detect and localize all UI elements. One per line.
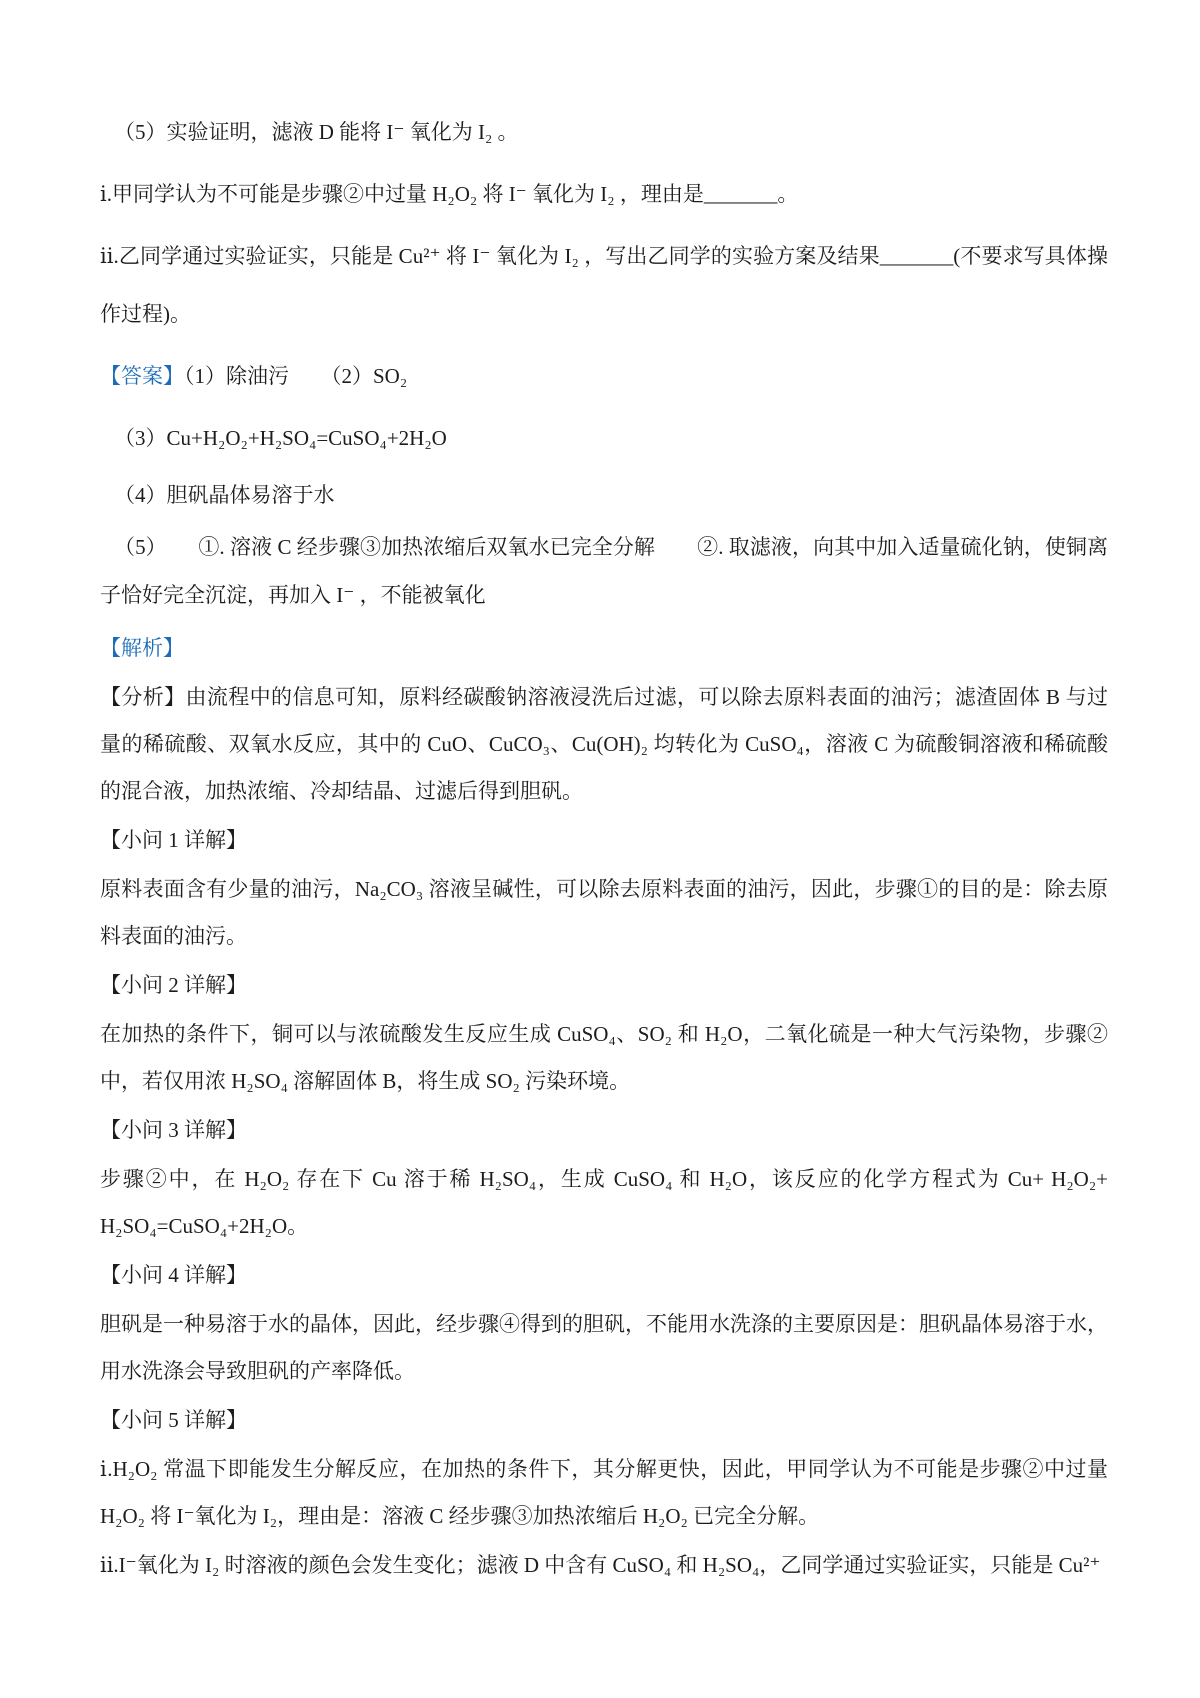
analysis-label-text: 【解析】 (100, 636, 184, 660)
subquestion-3-heading: 【小问 3 详解】 (100, 1107, 1108, 1154)
answer-line-1-2: 【答案】（1）除油污 （2）SO₂ (100, 347, 1108, 405)
subquestion-2-detail: 在加热的条件下，铜可以与浓硫酸发生反应生成 CuSO₄、SO₂ 和 H₂O，二氧… (100, 1011, 1108, 1105)
answer-1-2-text: （1）除油污 （2）SO₂ (184, 364, 407, 388)
analysis-label: 【解析】 (100, 625, 1108, 672)
subquestion-4-heading: 【小问 4 详解】 (100, 1252, 1108, 1299)
subquestion-5-detail-ii: ⅱ.I⁻氧化为 I₂ 时溶液的颜色会发生变化；滤液 D 中含有 CuSO₄ 和 … (100, 1542, 1108, 1589)
question-item-ii: ⅱ.乙同学通过实验证实，只能是 Cu²⁺ 将 I⁻ 氧化为 I₂ ，写出乙同学的… (100, 227, 1108, 343)
answer-line-3: （3）Cu+H₂O₂+H₂SO₄=CuSO₄+2H₂O (100, 409, 1108, 467)
subquestion-4-detail: 胆矾是一种易溶于水的晶体，因此，经步骤④得到的胆矾，不能用水洗涤的主要原因是：胆… (100, 1301, 1108, 1395)
subquestion-1-detail: 原料表面含有少量的油污，Na₂CO₃ 溶液呈碱性，可以除去原料表面的油污，因此，… (100, 866, 1108, 960)
subquestion-1-heading: 【小问 1 详解】 (100, 817, 1108, 864)
question-part5-statement: （5）实验证明，滤液 D 能将 I⁻ 氧化为 I₂ 。 (100, 103, 1108, 161)
question-item-i: ⅰ.甲同学认为不可能是步骤②中过量 H₂O₂ 将 I⁻ 氧化为 I₂ ，理由是_… (100, 165, 1108, 223)
subquestion-5-heading: 【小问 5 详解】 (100, 1397, 1108, 1444)
subquestion-2-heading: 【小问 2 详解】 (100, 962, 1108, 1009)
answer-label: 【答案】 (100, 364, 184, 388)
answer-line-4: （4）胆矾晶体易溶于水 (100, 471, 1108, 519)
answer-line-5: （5） ①. 溶液 C 经步骤③加热浓缩后双氧水已完全分解 ②. 取滤液，向其中… (100, 523, 1108, 619)
exam-solution-page: （5）实验证明，滤液 D 能将 I⁻ 氧化为 I₂ 。 ⅰ.甲同学认为不可能是步… (0, 0, 1200, 1698)
subquestion-3-detail: 步骤②中，在 H₂O₂ 存在下 Cu 溶于稀 H₂SO₄，生成 CuSO₄ 和 … (100, 1156, 1108, 1250)
subquestion-5-detail-i: ⅰ.H₂O₂ 常温下即能发生分解反应，在加热的条件下，其分解更快，因此，甲同学认… (100, 1446, 1108, 1540)
analysis-overview: 【分析】由流程中的信息可知，原料经碳酸钠溶液浸洗后过滤，可以除去原料表面的油污；… (100, 674, 1108, 815)
